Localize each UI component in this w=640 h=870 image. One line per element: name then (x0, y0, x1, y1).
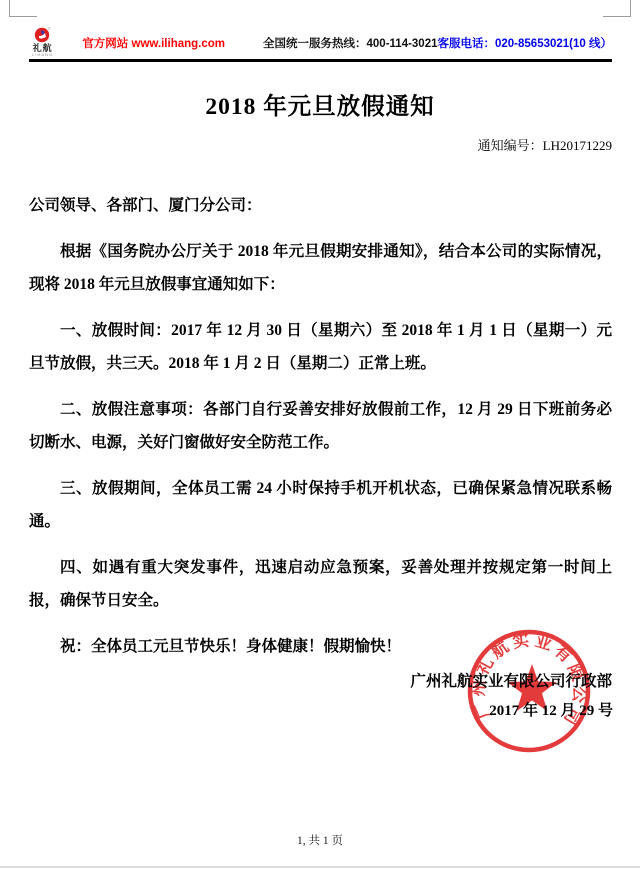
paragraph-intro: 根据《国务院办公厅关于 2018 年元旦假期安排通知》，结合本公司的实际情况，现… (29, 235, 612, 301)
service-hotline-label: 全国统一服务热线：400-114-3021 (263, 35, 437, 59)
document-page: 礼航 LIHANG 官方网站 www.ilihang.com 全国统一服务热线：… (0, 0, 640, 870)
page-indicator: 1, 共 1 页 (0, 832, 640, 848)
notice-title: 2018 年元旦放假通知 (0, 90, 640, 124)
paragraph-item-3: 三、放假期间，全体员工需 24 小时保持手机开机状态，已确保紧急情况联系畅通。 (29, 472, 612, 538)
margin-crop-mark-left (9, 0, 37, 17)
logo-brand-subtext: LIHANG (32, 53, 53, 57)
letterhead: 礼航 LIHANG 官方网站 www.ilihang.com 全国统一服务热线：… (29, 20, 612, 62)
company-logo: 礼航 LIHANG (29, 26, 56, 59)
company-seal: 广州礼航实业有限公司 (465, 627, 593, 755)
official-website-label: 官方网站 www.ilihang.com (82, 35, 225, 59)
notice-body: 公司领导、各部门、厦门分公司： 根据《国务院办公厅关于 2018 年元旦假期安排… (29, 189, 612, 676)
lihang-logo-icon (34, 26, 51, 43)
signature-date: 2017 年 12 月 29 号 (489, 699, 613, 720)
customer-service-phone-label: 客服电话：020-85653021(10 线） (438, 35, 613, 59)
salutation: 公司领导、各部门、厦门分公司： (29, 189, 612, 222)
margin-crop-mark-right (603, 0, 631, 17)
paragraph-item-1: 一、放假时间：2017 年 12 月 30 日（星期六）至 2018 年 1 月… (29, 314, 612, 380)
paragraph-item-4: 四、如遇有重大突发事件，迅速启动应急预案，妥善处理并按规定第一时间上报，确保节日… (29, 551, 612, 617)
page-bottom-edge (0, 866, 640, 868)
signature-company: 广州礼航实业有限公司行政部 (410, 669, 612, 691)
paragraph-item-2: 二、放假注意事项：各部门自行妥善安排好放假前工作，12 月 29 日下班前务必切… (29, 393, 612, 459)
notice-number: 通知编号：LH20171229 (478, 136, 612, 156)
